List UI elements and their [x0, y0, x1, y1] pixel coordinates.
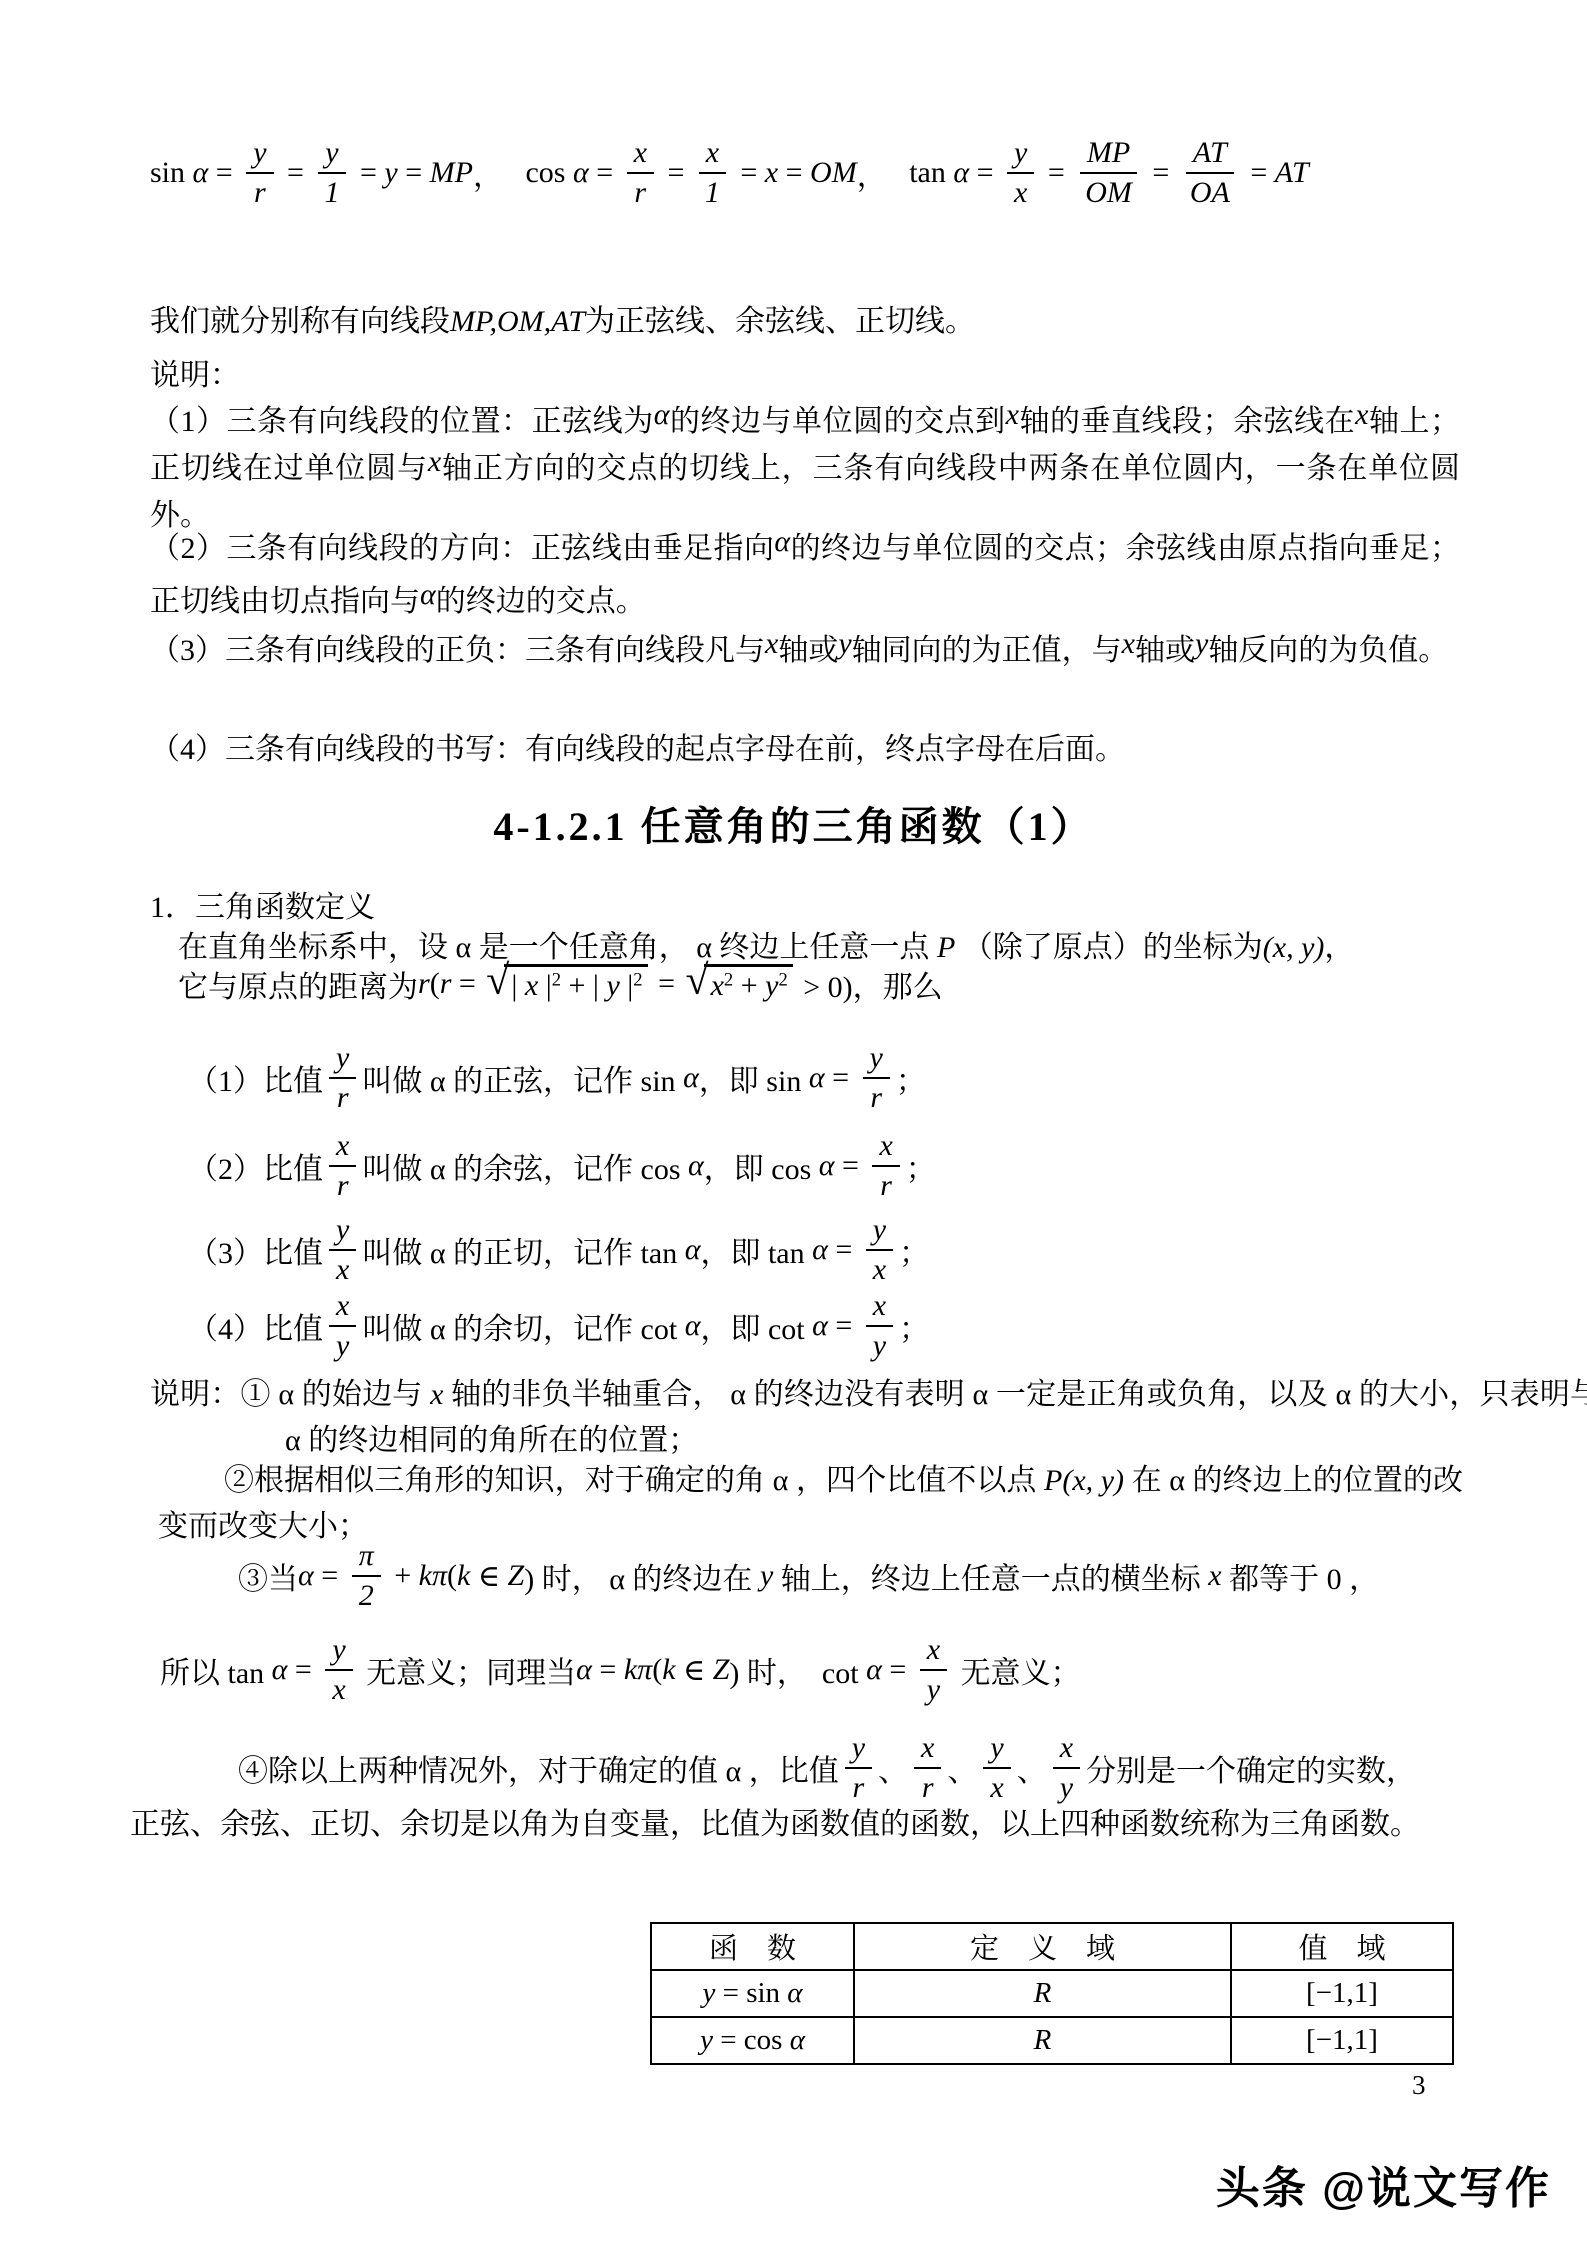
math-var: y	[870, 1041, 883, 1074]
subsection-heading-definition: 1．三角函数定义	[150, 882, 375, 926]
fraction-denominator: 2	[352, 1577, 381, 1614]
math-var: α	[819, 1149, 835, 1183]
math-var: α	[298, 1559, 314, 1593]
math-var: MP	[430, 156, 473, 190]
math-var: 2	[359, 1579, 374, 1612]
math-var: α	[685, 1233, 701, 1267]
math-text: =	[828, 1233, 860, 1267]
math-var: y	[325, 136, 338, 169]
math-var: α	[787, 1977, 802, 2009]
table-header-row: 函 数定 义 域值 域	[651, 1923, 1453, 1970]
math-text: =	[352, 156, 384, 190]
math-var: x	[990, 1771, 1003, 1804]
math-var: y	[253, 136, 266, 169]
math-var: x	[1355, 398, 1368, 431]
fraction-numerator: y	[325, 1632, 352, 1671]
radical-sign: √	[486, 962, 509, 1002]
fraction: yx	[325, 1632, 352, 1708]
math-var: (x, y)	[1263, 931, 1325, 964]
math-text: ∈	[676, 1653, 713, 1688]
math-text: 轴上，终边上任意一点的横坐标	[773, 1554, 1208, 1598]
table-body: y = sin αR[−1,1]y = cos αR[−1,1]	[651, 1970, 1453, 2064]
math-text: ②根据相似三角形的知识，对于确定的角 α ，四个比值不以点	[224, 1464, 1044, 1497]
math-text: 它与原点的距离为	[178, 962, 418, 1006]
math-var: P(x, y)	[1044, 1464, 1124, 1497]
math-var: y	[336, 1213, 349, 1246]
math-text: ；	[906, 1144, 936, 1188]
note-1-initial-side: 说明：① α 的始边与 x 轴的非负半轴重合， α 的终边没有表明 α 一定是正…	[150, 1372, 1587, 1464]
math-text: （3）比值	[188, 1228, 323, 1272]
math-var: α	[420, 578, 436, 611]
math-var: x	[430, 1378, 443, 1411]
math-text: 轴或	[1135, 634, 1195, 667]
fraction-denominator: OM	[1078, 174, 1139, 211]
math-text: ，	[473, 151, 526, 195]
table-head: 函 数定 义 域值 域	[651, 1923, 1453, 1970]
math-text: =	[287, 1653, 319, 1687]
math-text: （1）三条有向线段的位置：正弦线为	[150, 405, 654, 438]
math-text: ，	[1324, 931, 1354, 964]
fraction: y1	[317, 135, 346, 211]
fraction-denominator: x	[329, 1251, 356, 1288]
math-var: Z	[713, 1653, 730, 1687]
math-var: x	[927, 1633, 940, 1666]
fraction: yr	[246, 135, 273, 211]
fraction: xy	[329, 1288, 356, 1364]
math-text: 轴反向的为负值。	[1208, 634, 1448, 667]
math-text: 无意义；同理当	[359, 1648, 577, 1692]
math-var: y	[990, 1731, 1003, 1764]
note-3-tangent-undefined-condition: ③当α = π2 + kπ(k ∈ Z) 时， α 的终边在 y 轴上，终边上任…	[238, 1538, 1379, 1614]
fraction-numerator: y	[318, 135, 345, 174]
fraction-numerator: x	[866, 1288, 893, 1327]
table-header-cell: 定 义 域	[854, 1923, 1231, 1970]
math-text: ③当	[238, 1554, 298, 1598]
math-var: y	[765, 969, 778, 1002]
paragraph-direction-of-segments: （2）三条有向线段的方向：正弦线由垂足指向α的终边与单位圆的交点；余弦线由原点指…	[150, 522, 1460, 628]
math-text: 的终边的交点。	[436, 585, 646, 618]
watermark: 头条 @说文写作	[1216, 2152, 1551, 2216]
fraction: yx	[983, 1730, 1010, 1806]
square-root: √| x |2 + | y |2	[486, 964, 647, 1004]
math-var: x	[921, 1731, 934, 1764]
math-text: 无意义；	[953, 1648, 1081, 1692]
math-var: α	[576, 1653, 592, 1687]
math-var: α	[809, 1061, 825, 1095]
math-var: r	[634, 176, 646, 209]
table-row: y = sin αR[−1,1]	[651, 1970, 1453, 2017]
math-var: α	[774, 525, 790, 558]
math-text: 、	[1017, 1746, 1047, 1790]
math-var: y	[838, 627, 851, 660]
fraction-denominator: r	[627, 174, 653, 211]
math-text: +	[733, 969, 765, 1002]
math-text: =	[733, 156, 765, 190]
fraction-numerator: x	[699, 135, 726, 174]
fraction-numerator: y	[866, 1212, 893, 1251]
math-text: 正弦、余弦、正切、余切是以角为自变量，比值为函数值的函数，以上四种函数统称为三角…	[130, 1808, 1420, 1841]
math-text: =	[1145, 156, 1177, 190]
math-var: x	[873, 1289, 886, 1322]
math-var: α	[953, 156, 969, 190]
math-var: r	[922, 1771, 934, 1804]
math-var: x	[1014, 176, 1027, 209]
math-text: (	[430, 967, 440, 1001]
fraction-denominator: r	[863, 1079, 889, 1116]
math-text: 为正弦线、余弦线、正切线。	[585, 305, 975, 338]
math-text: 叫做 α 的余切，记作 cot	[362, 1304, 684, 1348]
math-var: π	[359, 1539, 374, 1572]
fraction: ATOA	[1183, 135, 1237, 211]
fraction-numerator: x	[920, 1632, 947, 1671]
math-var: y	[873, 1213, 886, 1246]
fraction-denominator: x	[1007, 174, 1034, 211]
math-text: =	[1243, 156, 1275, 190]
math-var: R	[1034, 2024, 1052, 2056]
math-var: y	[1014, 136, 1027, 169]
table-header-cell: 函 数	[651, 1923, 854, 1970]
math-text: =	[589, 156, 621, 190]
fraction-denominator: r	[846, 1769, 872, 1806]
note-4-determined-real-numbers: ④除以上两种情况外，对于确定的值 α ，比值yr、xr、yx、xy分别是一个确定…	[238, 1730, 1416, 1806]
math-var: x	[879, 1129, 892, 1162]
math-var: x	[336, 1289, 349, 1322]
math-var: α	[866, 1653, 882, 1687]
math-var: kπ	[624, 1653, 652, 1687]
math-text: 叫做 α 的正切，记作 tan	[362, 1228, 684, 1272]
table-cell: R	[854, 1970, 1231, 2017]
fraction: xr	[872, 1128, 899, 1204]
table-cell: y = sin α	[651, 1970, 854, 2017]
superscript: 2	[778, 970, 787, 991]
fraction-denominator: 1	[698, 174, 727, 211]
math-var: y	[852, 1731, 865, 1764]
square-root: √x2 + y2	[686, 964, 793, 1004]
fraction-denominator: y	[866, 1327, 893, 1364]
math-var: α	[812, 1309, 828, 1343]
fraction: yx	[866, 1212, 893, 1288]
fraction-denominator: x	[866, 1251, 893, 1288]
fraction-numerator: y	[863, 1040, 890, 1079]
radical-sign: √	[686, 962, 709, 1002]
fraction-denominator: r	[247, 174, 273, 211]
fraction-denominator: r	[915, 1769, 941, 1806]
math-var: OM	[810, 156, 857, 190]
math-text: 的终边与单位圆的交点到	[669, 405, 1005, 438]
math-var: y	[700, 2024, 713, 2056]
fraction-denominator: x	[983, 1769, 1010, 1806]
fraction-numerator: x	[914, 1730, 941, 1769]
math-text: =	[835, 1149, 867, 1183]
math-var: x	[428, 445, 441, 478]
definition-cosine-ratio: （2）比值xr叫做 α 的余弦，记作 cos α，即 cos α = xr；	[188, 1128, 936, 1204]
math-text: ；	[899, 1228, 929, 1272]
fraction: MPOM	[1078, 135, 1139, 211]
math-var: α	[272, 1653, 288, 1687]
paragraph-named-segments: 我们就分别称有向线段MP,OM,AT为正弦线、余弦线、正切线。	[150, 298, 1460, 345]
fraction-numerator: AT	[1186, 135, 1234, 174]
fraction: xy	[1053, 1730, 1080, 1806]
math-var: r	[254, 176, 266, 209]
math-text: ，即 sin	[699, 1056, 809, 1100]
math-var: r	[880, 1169, 892, 1202]
definition-sine-ratio: （1）比值yr叫做 α 的正弦，记作 sin α，即 sin α = yr；	[188, 1040, 926, 1116]
math-text: ；	[899, 1304, 929, 1348]
fraction: yr	[863, 1040, 890, 1116]
math-text: [−1,1]	[1306, 2024, 1378, 2056]
math-var: α	[193, 156, 209, 190]
math-var: y	[1195, 627, 1208, 660]
definition-tangent-ratio: （3）比值yx叫做 α 的正切，记作 tan α，即 tan α = yx；	[188, 1212, 929, 1288]
table-header-cell: 值 域	[1231, 1923, 1453, 1970]
math-text: 所以 tan	[160, 1648, 272, 1692]
math-var: kπ	[419, 1559, 447, 1593]
fraction-denominator: r	[330, 1167, 356, 1204]
fraction-numerator: y	[983, 1730, 1010, 1769]
math-var: r	[337, 1169, 349, 1202]
fraction-numerator: x	[872, 1128, 899, 1167]
math-text: sin	[150, 156, 193, 190]
math-var: k	[457, 1559, 470, 1593]
superscript: 2	[724, 970, 733, 991]
math-text: |	[538, 969, 552, 1002]
fraction-denominator: r	[873, 1167, 899, 1204]
fraction-denominator: x	[325, 1671, 352, 1708]
math-var: P	[937, 931, 955, 964]
math-text: =	[660, 156, 692, 190]
fraction: xr	[627, 135, 654, 211]
math-text: ) 时， α 的终边在	[524, 1554, 760, 1598]
math-var: x	[336, 1129, 349, 1162]
fraction-numerator: y	[329, 1212, 356, 1251]
math-text: ④除以上两种情况外，对于确定的值 α ，比值	[238, 1746, 839, 1790]
math-text: 轴的垂直线段；余弦线在	[1019, 405, 1355, 438]
math-text: ∈	[470, 1559, 507, 1594]
table-row: y = cos αR[−1,1]	[651, 2017, 1453, 2064]
math-var: y	[606, 969, 619, 1002]
math-text: 轴的非负半轴重合， α 的终边没有表明 α 一定是正角或负角，以及 α 的大小，…	[285, 1378, 1587, 1457]
math-text: =	[280, 156, 312, 190]
math-var: α	[688, 1149, 704, 1183]
math-text: 叫做 α 的正弦，记作 sin	[362, 1056, 683, 1100]
math-text: =	[592, 1653, 624, 1687]
math-text: 我们就分别称有向线段	[150, 305, 450, 338]
math-text: =	[314, 1559, 346, 1593]
math-var: y	[336, 1329, 349, 1362]
math-text: =	[651, 967, 683, 1001]
math-text: ，	[857, 151, 910, 195]
math-var: x	[1006, 398, 1019, 431]
definition-cotangent-ratio: （4）比值xy叫做 α 的余切，记作 cot α，即 cot α = xy；	[188, 1288, 929, 1364]
page-number: 3	[1412, 2070, 1426, 2101]
math-var: OM	[1085, 176, 1132, 209]
math-text: 分别是一个确定的实数，	[1086, 1746, 1416, 1790]
math-var: k	[662, 1653, 675, 1687]
math-text: = cos	[713, 2024, 790, 2056]
fraction-numerator: x	[627, 135, 654, 174]
math-text: [−1,1]	[1306, 1977, 1378, 2009]
math-var: Z	[508, 1559, 525, 1593]
math-text: (	[652, 1653, 662, 1687]
fraction: xy	[920, 1632, 947, 1708]
fraction-numerator: y	[1007, 135, 1034, 174]
math-var: AT	[1275, 156, 1309, 190]
fraction-numerator: x	[1053, 1730, 1080, 1769]
math-text: （4）比值	[188, 1304, 323, 1348]
math-text: =	[882, 1653, 914, 1687]
paragraph-sign-of-segments: （3）三条有向线段的正负：三条有向线段凡与x轴或y轴同向的为正值，与x轴或y轴反…	[150, 615, 1465, 687]
document-page: sin α = yr = y1 = y = MP， cos α = xr = x…	[0, 0, 1587, 2245]
math-var: α	[790, 2024, 805, 2056]
math-text: =	[1040, 156, 1072, 190]
math-text: 、	[878, 1746, 908, 1790]
table-cell: [−1,1]	[1231, 2017, 1453, 2064]
math-var: y	[760, 1559, 773, 1593]
fraction: yx	[1007, 135, 1034, 211]
note-2-similar-triangles: ②根据相似三角形的知识，对于确定的角 α ，四个比值不以点 P(x, y) 在 …	[158, 1458, 1463, 1550]
math-text: 叫做 α 的余弦，记作 cos	[362, 1144, 688, 1188]
table-cell: y = cos α	[651, 2017, 854, 2064]
math-var: MP	[1087, 136, 1130, 169]
math-text: cos	[525, 156, 573, 190]
math-var: 1	[324, 176, 339, 209]
fraction-numerator: y	[246, 135, 273, 174]
math-var: R	[1034, 1977, 1052, 2009]
fraction-numerator: y	[845, 1730, 872, 1769]
math-text: （4）三条有向线段的书写：有向线段的起点字母在前，终点字母在后面。	[150, 733, 1125, 766]
math-text: （3）三条有向线段的正负：三条有向线段凡与	[150, 634, 765, 667]
fraction-denominator: OA	[1183, 174, 1237, 211]
fraction-denominator: y	[1053, 1769, 1080, 1806]
note-3b-undefined-values: 所以 tan α = yx 无意义；同理当α = kπ(k ∈ Z) 时， co…	[160, 1632, 1081, 1708]
math-text: +	[387, 1559, 419, 1593]
math-var: x	[332, 1673, 345, 1706]
fraction: yr	[845, 1730, 872, 1806]
math-var: α	[812, 1233, 828, 1267]
math-text: =	[398, 156, 430, 190]
fraction: xy	[866, 1288, 893, 1364]
math-var: AT	[1193, 136, 1227, 169]
math-var: OA	[1190, 176, 1230, 209]
math-text: ；	[896, 1056, 926, 1100]
superscript: 2	[552, 970, 561, 991]
math-text: tan	[909, 156, 953, 190]
formula-distance-r: 它与原点的距离为r(r = √| x |2 + | y |2 = √x2 + y…	[178, 962, 943, 1006]
fraction-numerator: MP	[1080, 135, 1137, 174]
math-text: = sin	[715, 1977, 787, 2009]
math-var: x	[336, 1253, 349, 1286]
math-var: x	[525, 969, 538, 1002]
math-text: 轴或	[778, 634, 838, 667]
math-var: y	[336, 1041, 349, 1074]
label-shuoming: 说明：	[150, 352, 240, 399]
math-var: x	[634, 136, 647, 169]
radicand: | x |2 + | y |2	[504, 964, 647, 1003]
math-var: 1	[705, 176, 720, 209]
math-var: x	[765, 156, 778, 190]
fraction: yx	[329, 1212, 356, 1288]
math-var: y	[1060, 1771, 1073, 1804]
math-text: (	[447, 1559, 457, 1593]
function-domain-range-table: 函 数定 义 域值 域 y = sin αR[−1,1]y = cos αR[−…	[650, 1922, 1454, 2065]
math-var: MP,OM,AT	[450, 305, 585, 338]
math-var: x	[706, 136, 719, 169]
math-var: r	[440, 967, 452, 1001]
radicand: x2 + y2	[704, 964, 793, 1003]
fraction-numerator: y	[329, 1040, 356, 1079]
math-var: x	[1122, 627, 1135, 660]
math-var: x	[873, 1253, 886, 1286]
math-var: x	[1208, 1559, 1221, 1593]
math-var: x	[711, 969, 724, 1002]
fraction: π2	[352, 1538, 381, 1614]
math-text: （2）比值	[188, 1144, 323, 1188]
fraction: x1	[698, 135, 727, 211]
math-var: α	[683, 1061, 699, 1095]
fraction-denominator: y	[920, 1671, 947, 1708]
fraction-denominator: y	[329, 1327, 356, 1364]
math-text: 都等于 0 ，	[1222, 1554, 1380, 1598]
math-text: =	[451, 967, 483, 1001]
math-text: 轴同向的为正值，与	[852, 634, 1122, 667]
math-text: > 0)，那么	[796, 962, 943, 1006]
math-var: y	[702, 1977, 715, 2009]
math-var: α	[685, 1309, 701, 1343]
math-text: ，即 cot	[700, 1304, 812, 1348]
paragraph-writing-of-segments: （4）三条有向线段的书写：有向线段的起点字母在前，终点字母在后面。	[150, 726, 1460, 773]
math-var: x	[765, 627, 778, 660]
fraction-denominator: 1	[317, 174, 346, 211]
math-text: ，即 cos	[704, 1144, 819, 1188]
math-var: α	[573, 156, 589, 190]
table-cell: R	[854, 2017, 1231, 2064]
math-text: ，即 tan	[700, 1228, 812, 1272]
math-text: 说明：① α 的始边与	[150, 1378, 430, 1411]
fraction: xr	[329, 1128, 356, 1204]
math-text: （1）比值	[188, 1056, 323, 1100]
table-cell: [−1,1]	[1231, 1970, 1453, 2017]
section-title: 4-1.2.1 任意角的三角函数（1）	[0, 795, 1587, 852]
formula-sin-cos-tan-lines: sin α = yr = y1 = y = MP， cos α = xr = x…	[150, 135, 1309, 211]
math-var: α	[654, 398, 670, 431]
math-var: r	[337, 1081, 349, 1114]
fraction-numerator: x	[329, 1288, 356, 1327]
math-var: y	[927, 1673, 940, 1706]
math-text: =	[208, 156, 240, 190]
fraction-numerator: π	[352, 1538, 381, 1577]
math-text: =	[825, 1061, 857, 1095]
math-var: r	[870, 1081, 882, 1114]
fraction: yr	[329, 1040, 356, 1116]
math-text: （除了原点）的坐标为	[955, 931, 1263, 964]
math-text: + |	[561, 969, 606, 1002]
paragraph-functions-of-angle: 正弦、余弦、正切、余切是以角为自变量，比值为函数值的函数，以上四种函数统称为三角…	[130, 1802, 1465, 1848]
math-text: |	[511, 969, 525, 1002]
math-var: r	[853, 1771, 865, 1804]
math-text: ) 时， cot	[729, 1648, 866, 1692]
math-text: 在直角坐标系中，设 α 是一个任意角， α 终边上任意一点	[178, 931, 937, 964]
math-var: x	[1060, 1731, 1073, 1764]
fraction: xr	[914, 1730, 941, 1806]
math-var: y	[332, 1633, 345, 1666]
math-var: y	[873, 1329, 886, 1362]
fraction-numerator: x	[329, 1128, 356, 1167]
math-var: y	[384, 156, 397, 190]
superscript: 2	[633, 970, 642, 991]
math-var: r	[418, 967, 430, 1001]
math-text: |	[620, 969, 634, 1002]
math-text: =	[828, 1309, 860, 1343]
